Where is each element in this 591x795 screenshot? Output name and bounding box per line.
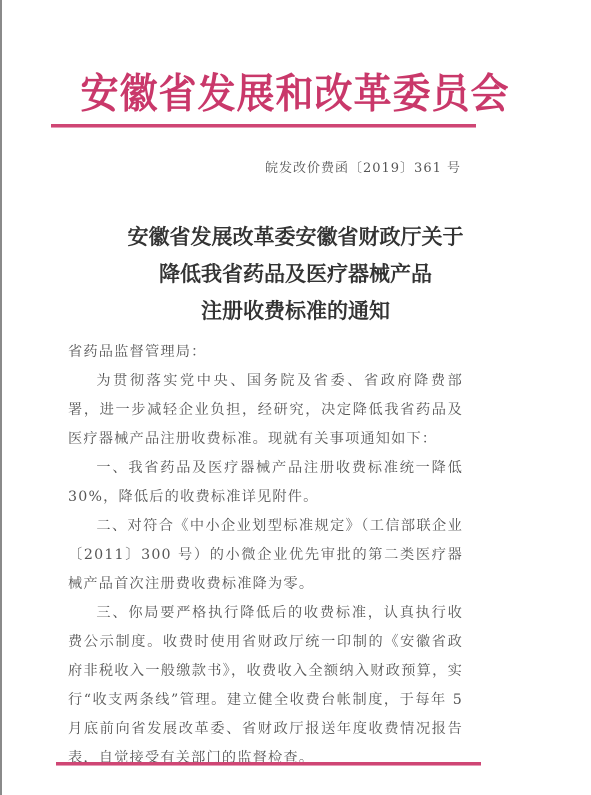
page-left-edge — [0, 0, 2, 795]
paragraph-intro: 为贯彻落实党中央、国务院及省委、省政府降费部署，进一步减轻企业负担，经研究，决定… — [68, 367, 463, 454]
document-body: 省药品监督管理局： 为贯彻落实党中央、国务院及省委、省政府降费部署，进一步减轻企… — [68, 338, 463, 773]
document-title-line-3: 注册收费标准的通知 — [0, 295, 591, 325]
header-red-rule — [51, 124, 476, 127]
salutation: 省药品监督管理局： — [68, 338, 463, 367]
paragraph-item-2: 二、对符合《中小企业划型标准规定》（工信部联企业〔2011〕300 号）的小微企… — [68, 512, 463, 599]
paragraph-item-1: 一、我省药品及医疗器械产品注册收费标准统一降低 30%，降低后的收费标准详见附件… — [68, 454, 463, 512]
document-title-line-1: 安徽省发展改革委安徽省财政厅关于 — [0, 221, 591, 251]
footer-red-rule — [56, 762, 481, 765]
organization-header: 安徽省发展和改革委员会 — [80, 60, 510, 119]
document-number: 皖发改价费函〔2019〕361 号 — [265, 157, 461, 176]
paragraph-item-3: 三、你局要严格执行降低后的收费标准，认真执行收费公示制度。收费时使用省财政厅统一… — [68, 599, 463, 773]
document-title-line-2: 降低我省药品及医疗器械产品 — [0, 258, 591, 288]
